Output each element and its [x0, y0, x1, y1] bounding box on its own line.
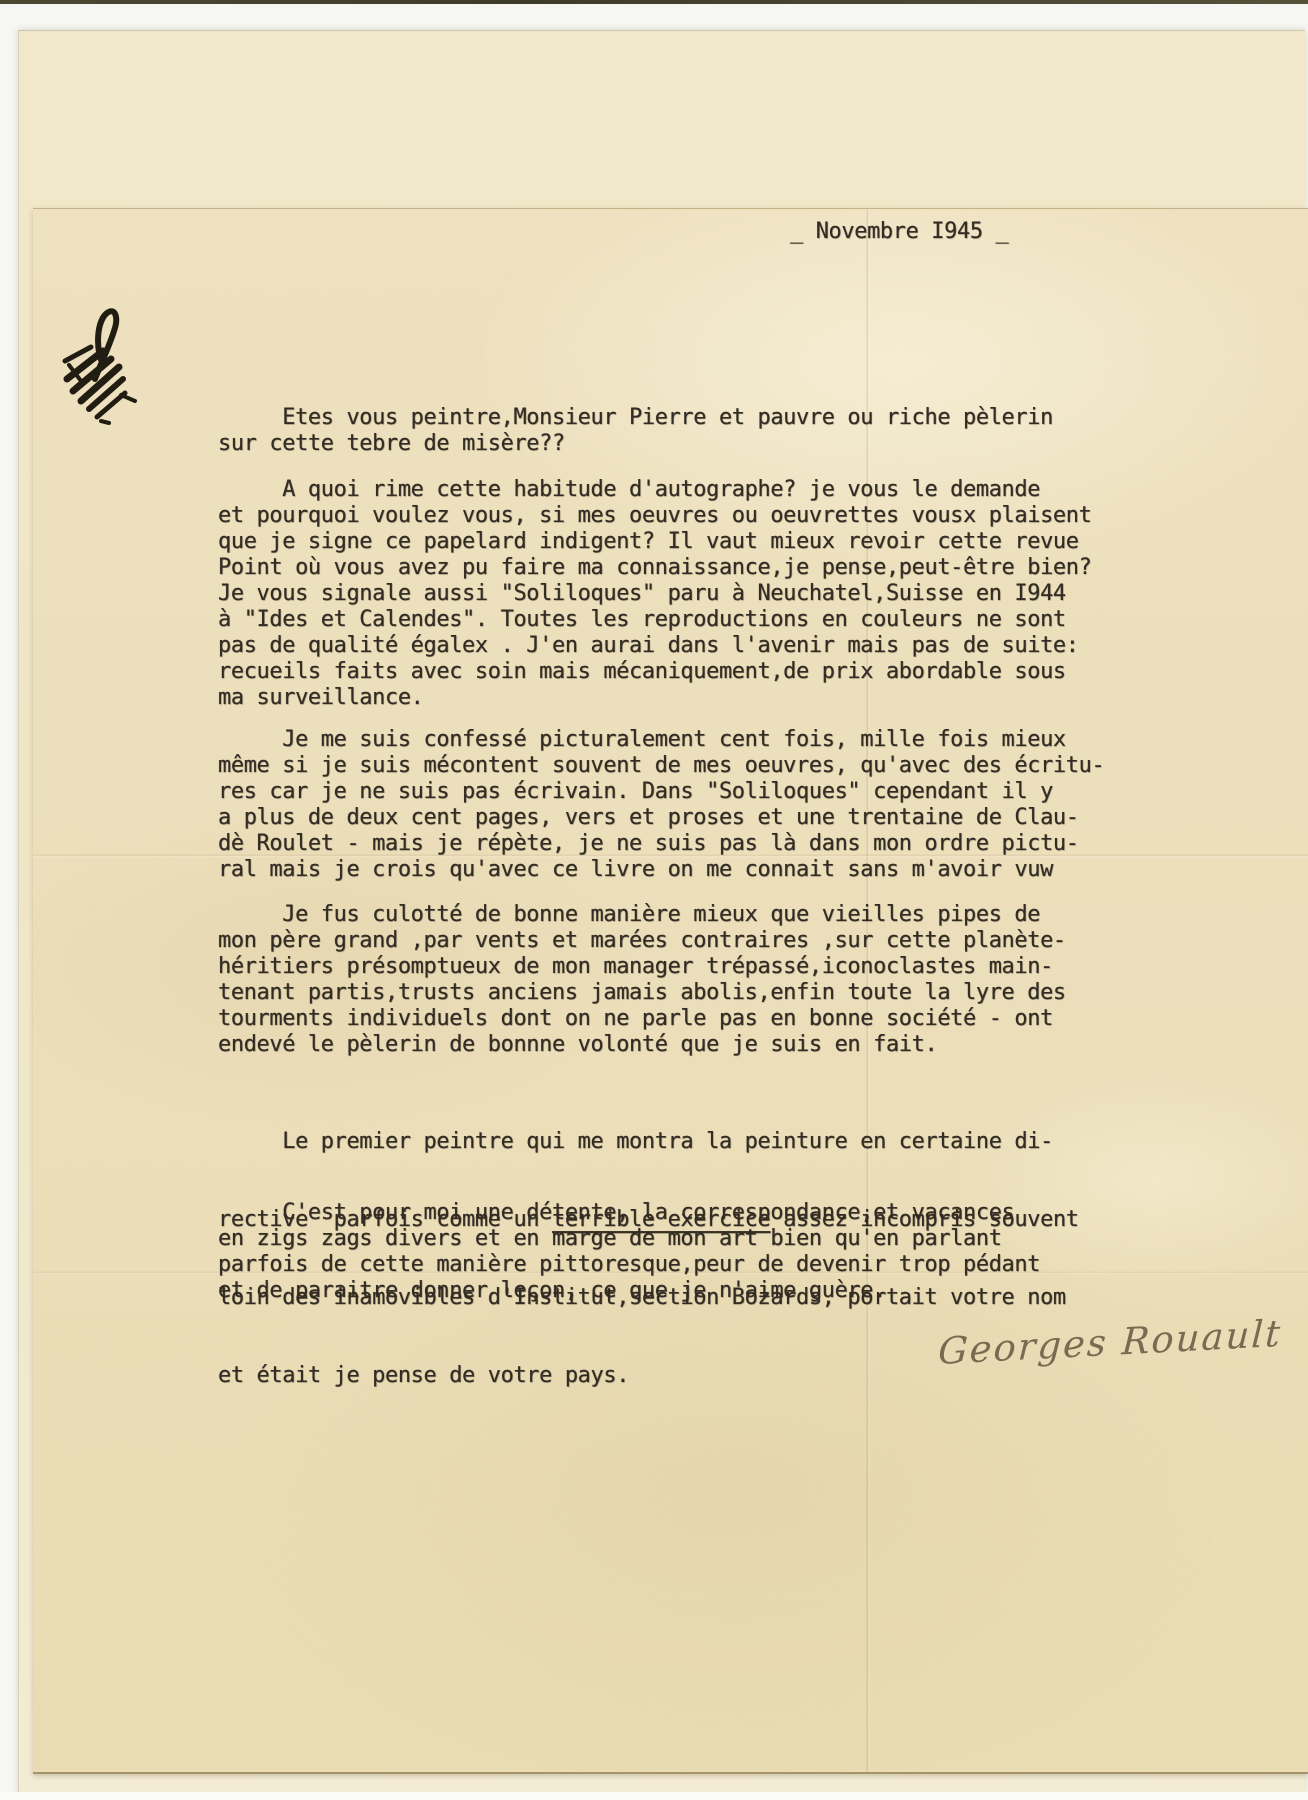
scan-bottom-edge	[0, 1792, 1308, 1800]
paragraph-1: Etes vous peintre,Monsieur Pierre et pau…	[218, 405, 1053, 457]
scan-top-edge	[0, 0, 1308, 4]
paragraph-2: A quoi rime cette habitude d'autographe?…	[218, 477, 1091, 711]
ink-scribble	[51, 295, 146, 425]
paragraph-4: Je fus culotté de bonne manière mieux qu…	[218, 902, 1066, 1058]
date-line: _ Novembre I945 _	[790, 219, 1008, 245]
paragraph-5-line-1: Le premier peintre qui me montra la pein…	[218, 1129, 1079, 1155]
paragraph-3: Je me suis confessé picturalement cent f…	[218, 727, 1104, 883]
letter-page: _ Novembre I945 _ Etes vous peintre,Mons…	[33, 208, 1308, 1774]
paragraph-6: C'est pour moi une détente, la correspon…	[218, 1200, 1040, 1304]
